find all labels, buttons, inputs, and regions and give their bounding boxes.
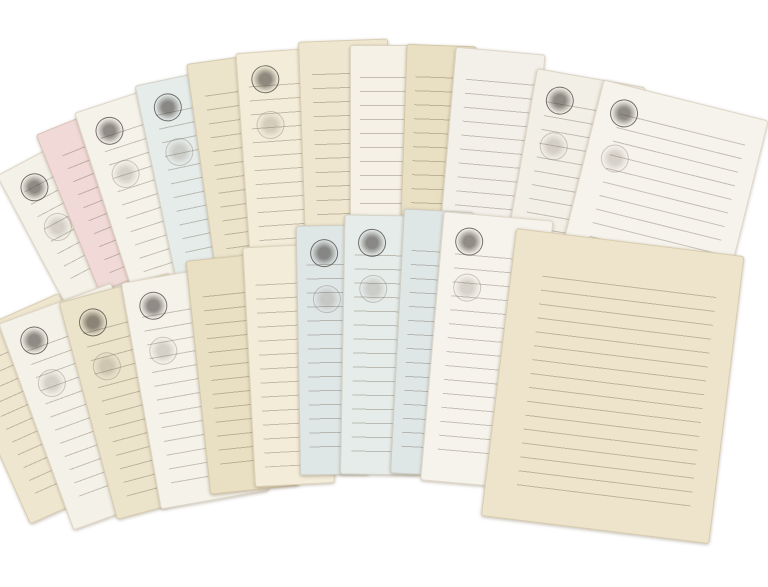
manuscript-sheet (481, 228, 745, 544)
handwriting-lines (516, 267, 718, 519)
document-pile-photo (0, 0, 768, 587)
